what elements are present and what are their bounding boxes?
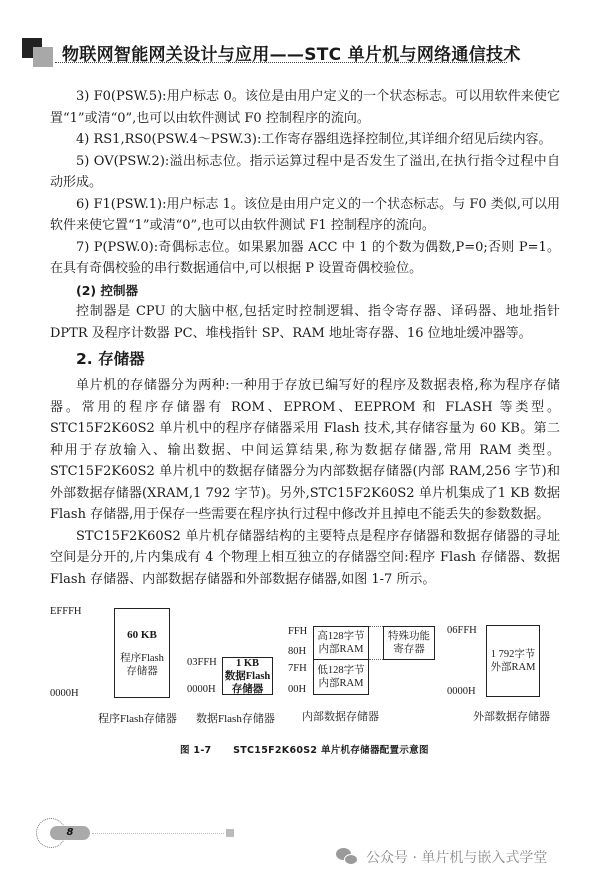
low-ram-label-line1: 低128字节 (317, 664, 364, 677)
internal-ram-addr-00h: 00H (288, 684, 306, 695)
low-128-internal-ram-block: 低128字节 内部RAM (313, 659, 369, 695)
paragraph-controller: 控制器是 CPU 的大脑中枢,包括定时控制逻辑、指令寄存器、译码器、地址指针 D… (50, 301, 560, 344)
program-flash-label-line1: 程序Flash (120, 652, 164, 665)
external-ram-top-address: 06FFH (447, 625, 477, 636)
internal-ram-addr-ffh: FFH (288, 626, 307, 637)
high-ram-label-line1: 高128字节 (317, 630, 364, 643)
external-ram-label-line1: 1 792字节 (491, 648, 536, 661)
internal-ram-addr-7fh: 7FH (288, 663, 307, 674)
figure-title: STC15F2K60S2 单片机存储器配置示意图 (233, 745, 429, 756)
paragraph-p: 7) P(PSW.0):奇偶标志位。如果累加器 ACC 中 1 的个数为偶数,P… (50, 237, 560, 280)
paragraph-memory-structure: STC15F2K60S2 单片机存储器结构的主要特点是程序存储器和数据存储器的寻… (50, 526, 560, 591)
page-number-badge: 8 (50, 826, 90, 840)
external-ram-caption: 外部数据存储器 (473, 708, 550, 724)
program-flash-block: 60 KB 程序Flash 存储器 (114, 608, 170, 698)
sfr-bottom-dotted-link (369, 659, 383, 660)
data-flash-top-address: 03FFH (187, 657, 217, 668)
program-flash-label-line2: 存储器 (126, 665, 158, 678)
memory-map-diagram: EFFFH 0000H 60 KB 程序Flash 存储器 程序Flash存储器… (50, 600, 590, 730)
subheading-controller: (2) 控制器 (50, 280, 560, 302)
paragraph-f1: 6) F1(PSW.1):用户标志 1。该位是由用户定义的一个状态标志。与 F0… (50, 194, 560, 237)
paragraph-f0: 3) F0(PSW.5):用户标志 0。该位是由用户定义的一个状态标志。可以用软… (50, 86, 560, 129)
footer-dotted-line (92, 833, 224, 834)
internal-ram-caption: 内部数据存储器 (302, 708, 379, 724)
wechat-icon (336, 848, 360, 866)
program-flash-caption: 程序Flash存储器 (98, 710, 177, 726)
data-flash-label-line2: 存储器 (232, 683, 264, 696)
high-128-internal-ram-block: 高128字节 内部RAM (313, 626, 369, 660)
figure-caption: 图 1-7 STC15F2K60S2 单片机存储器配置示意图 (180, 742, 429, 756)
paragraph-memory-types: 单片机的存储器分为两种:一种用于存放已编写好的程序及数据表格,称为程序存储器。常… (50, 375, 560, 526)
paragraph-rs: 4) RS1,RS0(PSW.4～PSW.3):工作寄存器组选择控制位,其详细介… (50, 129, 560, 151)
body-text: 3) F0(PSW.5):用户标志 0。该位是由用户定义的一个状态标志。可以用软… (50, 86, 560, 590)
data-flash-caption: 数据Flash存储器 (196, 710, 275, 726)
sfr-block: 特殊功能 寄存器 (383, 626, 435, 660)
header-dotted-rule (55, 62, 507, 63)
program-flash-bottom-address: 0000H (50, 688, 79, 699)
page-footer: 8 (36, 818, 206, 848)
external-ram-label-line2: 外部RAM (491, 661, 536, 674)
internal-ram-addr-80h: 80H (288, 646, 306, 657)
data-flash-label-line1: 数据Flash (225, 670, 271, 683)
external-ram-block: 1 792字节 外部RAM (486, 625, 540, 697)
header-light-square-ornament (33, 47, 53, 67)
footer-square-ornament (226, 829, 234, 837)
watermark-text: 公众号 · 单片机与嵌入式学堂 (366, 847, 547, 867)
high-ram-label-line2: 内部RAM (319, 643, 364, 656)
wechat-watermark: 公众号 · 单片机与嵌入式学堂 (336, 847, 547, 867)
sfr-label-line2: 寄存器 (393, 643, 425, 656)
running-header: 物联网智能网关设计与应用——STC 单片机与网络通信技术 (0, 30, 614, 70)
program-flash-size: 60 KB (127, 629, 157, 642)
data-flash-size: 1 KB (236, 657, 259, 670)
sfr-top-dotted-link (369, 626, 383, 627)
figure-number: 图 1-7 (180, 745, 211, 756)
section-heading-memory: 2. 存储器 (50, 346, 560, 372)
paragraph-ov: 5) OV(PSW.2):溢出标志位。指示运算过程中是否发生了溢出,在执行指令过… (50, 151, 560, 194)
data-flash-bottom-address: 0000H (187, 684, 216, 695)
data-flash-block: 1 KB 数据Flash 存储器 (222, 657, 273, 695)
external-ram-bottom-address: 0000H (447, 686, 476, 697)
program-flash-top-address: EFFFH (50, 606, 82, 617)
low-ram-label-line2: 内部RAM (319, 677, 364, 690)
sfr-label-line1: 特殊功能 (388, 630, 430, 643)
